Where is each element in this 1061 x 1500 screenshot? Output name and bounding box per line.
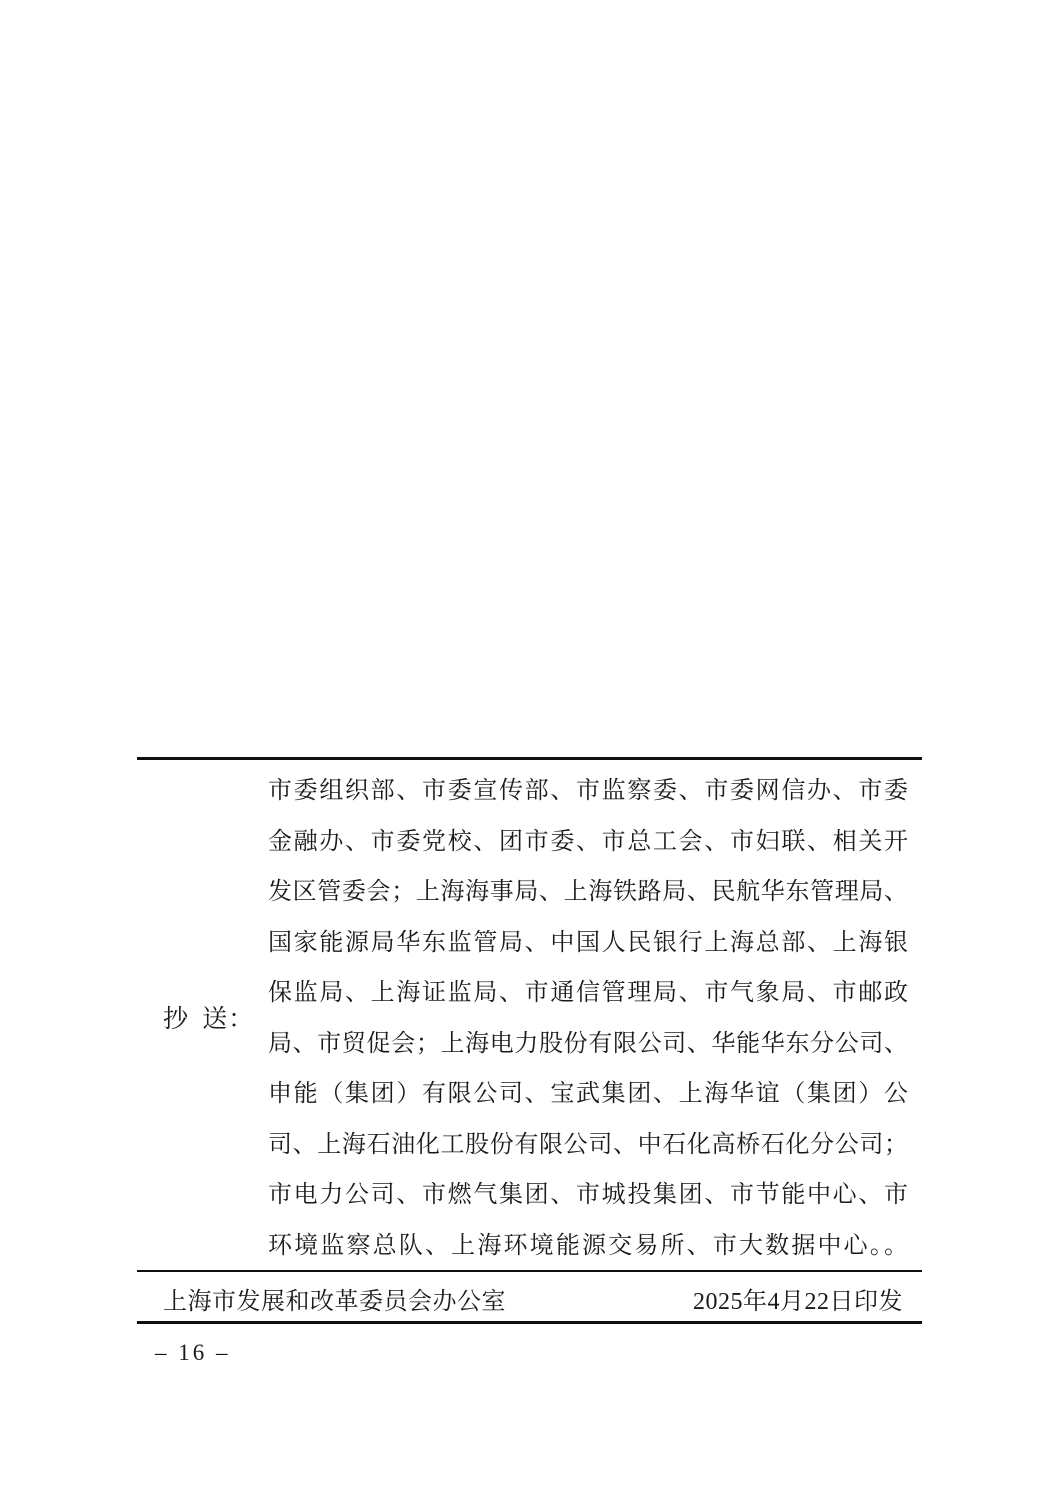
cc-line: 发区管委会；上海海事局、上海铁路局、民航华东管理局、 <box>268 867 908 918</box>
cc-line: 申能（集团）有限公司、宝武集团、上海华谊（集团）公 <box>268 1069 908 1120</box>
imprint-row: 上海市发展和改革委员会办公室 2025年4月22日印发 <box>137 1276 922 1321</box>
cc-line: 金融办、市委党校、团市委、市总工会、市妇联、相关开 <box>268 817 908 868</box>
footer-top-rule <box>137 1270 922 1272</box>
page-number: – 16 – <box>155 1340 231 1366</box>
cc-label: 抄 送： <box>163 1005 254 1035</box>
cc-line: 市电力公司、市燃气集团、市城投集团、市节能中心、市 <box>268 1170 908 1221</box>
cc-line: 司、上海石油化工股份有限公司、中石化高桥石化分公司； <box>268 1120 908 1171</box>
cc-recipient-list: 市委组织部、市委宣传部、市监察委、市委网信办、市委 金融办、市委党校、团市委、市… <box>268 766 908 1271</box>
footer-bottom-rule <box>137 1321 922 1324</box>
cc-box-top-rule <box>137 757 922 760</box>
issuing-office: 上海市发展和改革委员会办公室 <box>163 1281 506 1316</box>
cc-line: 局、市贸促会；上海电力股份有限公司、华能华东分公司、 <box>268 1019 908 1070</box>
cc-line: 环境监察总队、上海环境能源交易所、市大数据中心。。 <box>268 1221 908 1272</box>
document-page: 抄 送： 市委组织部、市委宣传部、市监察委、市委网信办、市委 金融办、市委党校、… <box>0 0 1061 1500</box>
print-date: 2025年4月22日印发 <box>693 1281 903 1316</box>
cc-line: 保监局、上海证监局、市通信管理局、市气象局、市邮政 <box>268 968 908 1019</box>
cc-line: 国家能源局华东监管局、中国人民银行上海总部、上海银 <box>268 918 908 969</box>
cc-line: 市委组织部、市委宣传部、市监察委、市委网信办、市委 <box>268 766 908 817</box>
